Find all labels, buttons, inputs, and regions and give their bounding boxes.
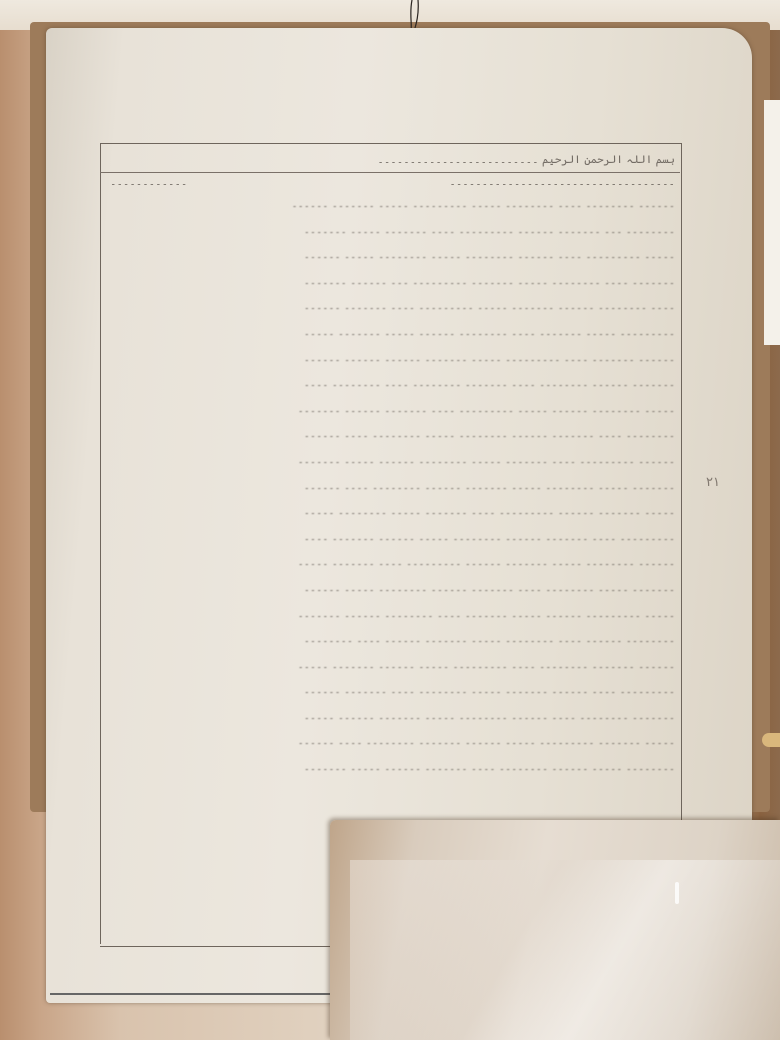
- manuscript-line: ۔۔۔۔۔۔۔ ۔۔۔۔ ۔۔۔۔۔۔۔۔ ۔۔۔۔۔ ۔۔۔۔۔۔۔ ۔۔۔۔…: [110, 269, 675, 295]
- manuscript-text: بسم اللہ الرحمن الرحیم ۔۔۔۔۔۔۔۔۔۔۔۔۔۔۔۔۔…: [110, 150, 675, 781]
- manuscript-line: ۔۔۔۔۔۔۔۔۔ ۔۔۔۔ ۔۔۔۔۔۔۔ ۔۔۔۔۔۔ ۔۔۔۔۔۔۔۔ ۔…: [110, 525, 675, 551]
- manuscript-line: ۔۔۔۔۔۔۔ ۔۔۔۔۔۔۔۔ ۔۔۔۔ ۔۔۔۔۔۔ ۔۔۔۔۔۔۔۔ ۔۔…: [110, 704, 675, 730]
- manuscript-header: بسم اللہ الرحمن الرحیم ۔۔۔۔۔۔۔۔۔۔۔۔۔۔۔۔۔…: [110, 150, 675, 172]
- sheet-bottom-edge: [50, 993, 332, 995]
- adjacent-notice-edge: [764, 100, 780, 345]
- manuscript-line: ۔۔۔۔۔۔۔۔ ۔۔۔۔ ۔۔۔۔۔۔۔ ۔۔۔۔۔۔ ۔۔۔۔۔۔۔۔ ۔۔…: [110, 422, 675, 448]
- manuscript-line: ۔۔۔۔۔ ۔۔۔۔۔۔۔ ۔۔۔۔۔۔۔۔۔ ۔۔۔۔۔ ۔۔۔۔۔۔ ۔۔۔…: [110, 729, 675, 755]
- manuscript-line: ۔۔۔۔۔۔۔۔۔ ۔۔۔۔ ۔۔۔۔۔۔ ۔۔۔۔۔۔۔ ۔۔۔۔۔ ۔۔۔۔…: [110, 678, 675, 704]
- manuscript-line: ۔۔۔۔۔ ۔۔۔۔۔۔۔۔۔ ۔۔۔۔ ۔۔۔۔۔۔ ۔۔۔۔۔۔۔۔ ۔۔۔…: [110, 243, 675, 269]
- subheader-left: ۔۔۔۔۔۔۔۔۔۔۔۔: [110, 172, 187, 192]
- manuscript-line: ۔۔۔۔۔۔۔۔۔ ۔۔۔۔۔ ۔۔۔۔۔۔۔ ۔۔۔۔ ۔۔۔۔۔۔۔۔ ۔۔…: [110, 320, 675, 346]
- manuscript-line: ۔۔۔۔۔۔ ۔۔۔۔۔۔۔ ۔۔۔۔۔۔۔۔ ۔۔۔۔ ۔۔۔۔۔۔۔۔۔ ۔…: [110, 653, 675, 679]
- margin-note: ۲۱: [706, 475, 720, 490]
- manuscript-line: ۔۔۔۔۔۔ ۔۔۔۔۔۔۔۔ ۔۔۔۔۔ ۔۔۔۔۔۔۔ ۔۔۔۔۔۔ ۔۔۔…: [110, 550, 675, 576]
- manuscript-line: ۔۔۔۔۔ ۔۔۔۔۔۔۔۔ ۔۔۔۔۔۔ ۔۔۔۔۔ ۔۔۔۔۔۔۔۔۔ ۔۔…: [110, 397, 675, 423]
- border-bottom-rule: [100, 946, 330, 947]
- glare-highlight: [675, 882, 679, 904]
- plastic-wrap: [350, 860, 780, 1040]
- manuscript-subheader: ۔۔۔۔۔۔۔۔۔۔۔۔۔۔۔۔۔۔۔۔۔۔۔۔۔۔۔۔۔۔۔۔۔۔۔ ۔۔۔۔…: [110, 172, 675, 192]
- manuscript-body: ۔۔۔۔۔۔ ۔۔۔۔۔۔۔۔ ۔۔۔۔ ۔۔۔۔۔۔۔۔ ۔۔۔۔۔ ۔۔۔۔…: [110, 192, 675, 781]
- manuscript-line: ۔۔۔۔۔۔۔ ۔۔۔۔۔ ۔۔۔۔۔۔۔۔ ۔۔۔۔ ۔۔۔۔۔۔۔ ۔۔۔۔…: [110, 576, 675, 602]
- manuscript-line: ۔۔۔۔۔۔۔۔ ۔۔۔۔۔۔ ۔۔۔۔ ۔۔۔۔۔۔۔۔ ۔۔۔۔۔ ۔۔۔۔…: [110, 627, 675, 653]
- subheader-right: ۔۔۔۔۔۔۔۔۔۔۔۔۔۔۔۔۔۔۔۔۔۔۔۔۔۔۔۔۔۔۔۔۔۔۔: [449, 172, 675, 192]
- manuscript-line: ۔۔۔۔۔۔ ۔۔۔۔۔۔۔ ۔۔۔۔ ۔۔۔۔۔۔۔۔۔ ۔۔۔۔۔ ۔۔۔۔…: [110, 346, 675, 372]
- manuscript-line: ۔۔۔۔۔۔۔۔ ۔۔۔۔۔ ۔۔۔۔۔۔ ۔۔۔۔۔۔۔۔ ۔۔۔۔ ۔۔۔۔…: [110, 755, 675, 781]
- manuscript-line: ۔۔۔۔۔۔ ۔۔۔۔۔۔۔۔ ۔۔۔۔ ۔۔۔۔۔۔۔۔ ۔۔۔۔۔ ۔۔۔۔…: [110, 192, 675, 218]
- manuscript-line: ۔۔۔۔۔۔۔ ۔۔۔۔۔۔ ۔۔۔۔۔۔۔۔ ۔۔۔۔ ۔۔۔۔۔۔۔ ۔۔۔…: [110, 371, 675, 397]
- manuscript-line: ۔۔۔۔۔۔ ۔۔۔۔۔۔۔۔۔ ۔۔۔۔ ۔۔۔۔۔۔۔ ۔۔۔۔۔ ۔۔۔۔…: [110, 448, 675, 474]
- wooden-knob: [762, 733, 780, 747]
- manuscript-line: ۔۔۔۔ ۔۔۔۔۔۔۔۔ ۔۔۔۔۔۔ ۔۔۔۔۔۔۔ ۔۔۔۔۔ ۔۔۔۔۔…: [110, 294, 675, 320]
- manuscript-line: ۔۔۔۔۔۔۔ ۔۔۔۔۔ ۔۔۔۔۔۔۔۔ ۔۔۔۔۔ ۔۔۔۔۔۔۔ ۔۔۔…: [110, 474, 675, 500]
- manuscript-line: ۔۔۔۔۔ ۔۔۔۔۔۔۔۔۔ ۔۔۔۔۔۔ ۔۔۔۔۔ ۔۔۔۔۔۔۔ ۔۔۔…: [110, 602, 675, 628]
- manuscript-line: ۔۔۔۔۔ ۔۔۔۔۔۔۔ ۔۔۔۔۔۔ ۔۔۔۔۔۔۔۔۔ ۔۔۔۔ ۔۔۔۔…: [110, 499, 675, 525]
- manuscript-line: ۔۔۔۔۔۔۔۔ ۔۔۔ ۔۔۔۔۔۔۔ ۔۔۔۔۔۔ ۔۔۔۔۔۔۔۔۔ ۔۔…: [110, 218, 675, 244]
- plastic-wrapped-frame: [330, 820, 780, 1040]
